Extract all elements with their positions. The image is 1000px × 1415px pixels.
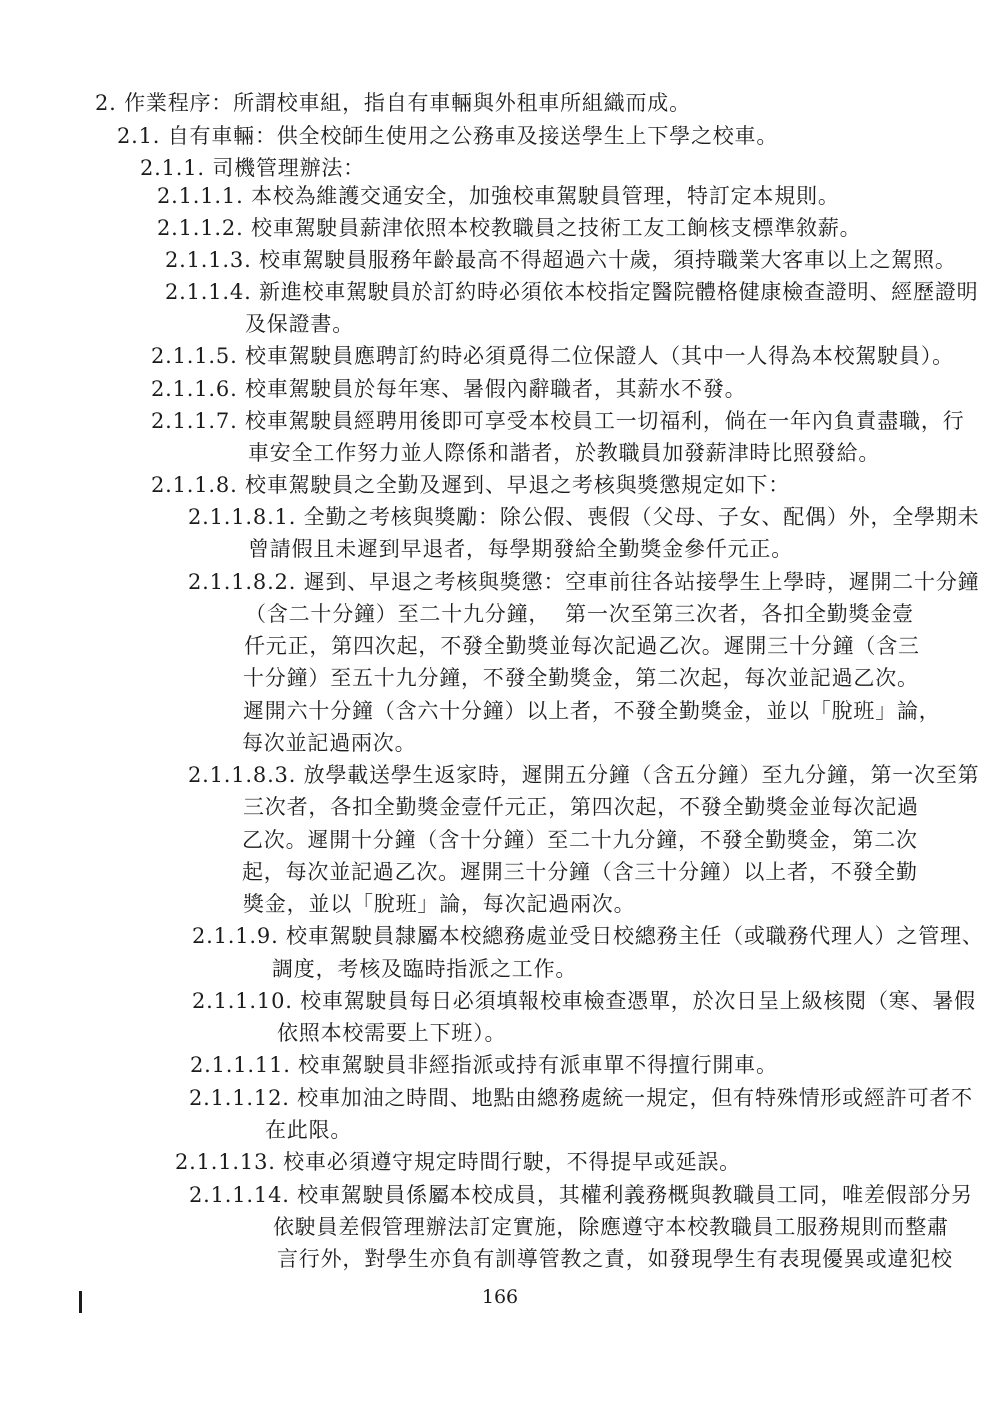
document-line: （含二十分鐘）至二十九分鐘， 第一次至第三次者，各扣全勤獎金壹 [245,601,914,627]
document-line: 曾請假且未遲到早退者，每學期發給全勤獎金參仟元正。 [248,536,793,562]
document-line: 2.1.1.3. 校車駕駛員服務年齡最高不得超過六十歲，須持職業大客車以上之駕照… [165,247,957,273]
document-line: 三次者，各扣全勤獎金壹仟元正，第四次起，不發全勤獎金並每次記過 [243,794,919,820]
document-line: 2.1.1.9. 校車駕駛員隸屬本校總務處並受日校總務主任（或職務代理人）之管理… [192,923,984,949]
document-line: 2.1.1.8. 校車駕駛員之全勤及遲到、早退之考核與獎懲規定如下： [151,472,790,498]
document-line: 獎金，並以「脫班」論，每次記過兩次。 [243,891,635,917]
page-number: 166 [0,1284,1000,1310]
document-line: 言行外，對學生亦負有訓導管教之責，如發現學生有表現優異或違犯校 [277,1246,953,1272]
document-line: 2.1.1.8.3. 放學載送學生返家時，遲開五分鐘（含五分鐘）至九分鐘，第一次… [188,762,979,788]
document-line: 2.1.1.5. 校車駕駛員應聘訂約時必須覓得二位保證人（其中一人得為本校駕駛員… [151,343,954,369]
document-line: 2.1.1.7. 校車駕駛員經聘用後即可享受本校員工一切福利，倘在一年內負責盡職… [151,408,964,434]
document-line: 每次並記過兩次。 [242,730,416,756]
document-line: 調度，考核及臨時指派之工作。 [272,956,577,982]
document-line: 2.1.1.12. 校車加油之時間、地點由總務處統一規定，但有特殊情形或經許可者… [189,1085,973,1111]
document-line: 依駛員差假管理辦法訂定實施，除應遵守本校教職員工服務規則而整肅 [273,1214,949,1240]
document-line: 2.1.1.2. 校車駕駛員薪津依照本校教職員之技術工友工餉核支標準敘薪。 [157,215,861,241]
document-line: 2.1.1.6. 校車駕駛員於每年寒、暑假內辭職者，其薪水不發。 [151,376,746,402]
document-line: 2.1.1. 司機管理辦法： [140,155,365,181]
document-line: 2.1.1.1. 本校為維護交通安全，加強校車駕駛員管理，特訂定本規則。 [157,183,840,209]
document-line: 2.1.1.11. 校車駕駛員非經指派或持有派車單不得擅行開車。 [190,1052,778,1078]
document-line: 2.1.1.8.2. 遲到、早退之考核與獎懲：空車前往各站接學生上學時，遲開二十… [188,569,979,595]
document-page: 2. 作業程序：所謂校車組，指自有車輛與外租車所組織而成。 2.1. 自有車輛：… [0,0,1000,1415]
document-line: 十分鐘）至五十九分鐘，不發全勤獎金，第二次起，每次並記過乙次。 [243,665,919,691]
document-line: 依照本校需要上下班）。 [277,1020,506,1046]
document-line: 2.1.1.14. 校車駕駛員係屬本校成員，其權利義務概與教職員工同，唯差假部分… [189,1182,973,1208]
document-line: 2.1.1.10. 校車駕駛員每日必須填報校車檢查憑單，於次日呈上級核閱（寒、暑… [192,988,976,1014]
document-line: 車安全工作努力並人際係和諧者，於教職員加發薪津時比照發給。 [248,440,880,466]
document-line: 仟元正，第四次起，不發全勤獎並每次記過乙次。遲開三十分鐘（含三 [244,633,920,659]
document-line: 遲開六十分鐘（含六十分鐘）以上者，不發全勤獎金，並以「脫班」論， [243,698,941,724]
document-line: 2.1.1.8.1. 全勤之考核與獎勵：除公假、喪假（父母、子女、配偶）外，全學… [188,504,979,530]
document-line: 在此限。 [265,1117,352,1143]
document-line: 起，每次並記過乙次。遲開三十分鐘（含三十分鐘）以上者，不發全勤 [242,859,918,885]
document-line: 2.1.1.4. 新進校車駕駛員於訂約時必須依本校指定醫院體格健康檢查證明、經歷… [165,279,978,305]
document-line: 2.1.1.13. 校車必須遵守規定時間行駛，不得提早或延誤。 [175,1149,741,1175]
document-line: 及保證書。 [245,311,354,337]
revision-mark [79,1291,82,1313]
document-line: 乙次。遲開十分鐘（含十分鐘）至二十九分鐘，不發全勤獎金，第二次 [242,827,918,853]
document-line: 2.1. 自有車輛：供全校師生使用之公務車及接送學生上下學之校車。 [117,123,778,149]
document-line: 2. 作業程序：所謂校車組，指自有車輛與外租車所組織而成。 [95,90,691,116]
